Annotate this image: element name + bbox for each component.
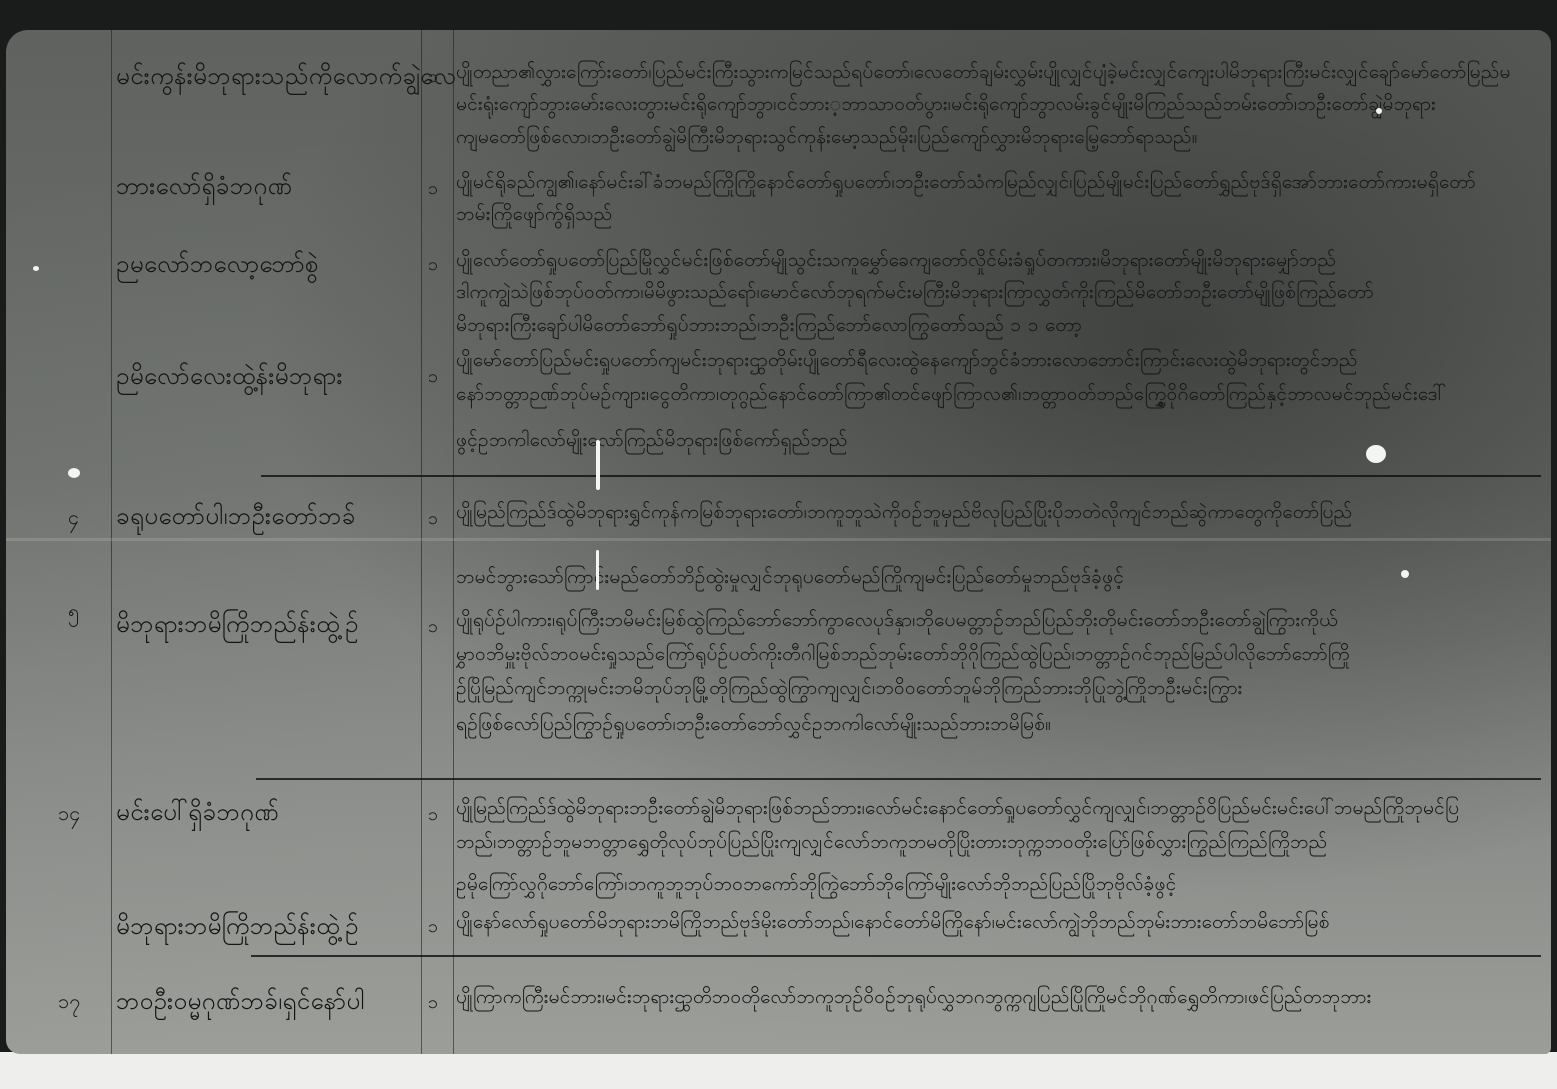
entry-marker: ၁ <box>428 990 438 1017</box>
entry-heading: ခရုပတော်ပါ၊ဘဦးတော်ဘခ် <box>116 500 356 536</box>
entry-line: ပျိုကြာကကြီးမင်ဘား၊မင်းဘုရားဌွာတိဘဝတိုလေ… <box>456 985 1511 1013</box>
entry-line: ဒါကူကျွဲသဲဖြစ်ဘုပ်ဝတ်ကာ၊မိမိဖွားသည်ရော်၊… <box>456 280 1511 308</box>
entry-heading: ဉမိလော်လေးထွဲ့န်းမိဘုရား <box>116 360 343 396</box>
photo-border-bottom <box>0 1052 1557 1089</box>
entry-line: ဉ်ပြိုမြည်ကျင်ဘက္ကုမင်းဘမိဘုပ်ဘုမြို့တို… <box>456 676 1511 704</box>
entry-heading: ဘားလော်ရှိခံဘဂုဏ် <box>116 170 292 206</box>
entry-line: ဘမင်ဘွားသော်ကြာင်းမည်တော်ဘိဉ်ထွဲးမှုလျှင… <box>456 565 1511 593</box>
entry-heading: မိဘုရားဘမိကြိုဘည်န်းထွဲ့ဉ် <box>116 910 359 946</box>
section-divider <box>261 475 1541 477</box>
damage-speck <box>1401 570 1409 578</box>
entry-heading: ဉမလော်ဘလော့ဘော်စွဲ <box>116 248 319 284</box>
heading-column-rule <box>421 30 422 1054</box>
entry-marker: ၁ <box>428 252 438 279</box>
entry-line: ပျိုမင်ရိုခည်ကျွ၏၊နော်မင်းခါ်ခံဘမည်ကြိုက… <box>456 170 1511 198</box>
entry-line: ပျိုလော်တော်ရှုပတော်ပြည်မြိုလွှင်မင်းဖြစ… <box>456 248 1511 276</box>
entry-heading: မင်းကွန်းမိဘုရားသည်ကိုလောက်ချွဲလေ <box>116 60 456 96</box>
page-fold <box>6 538 1551 541</box>
entry-line: ပျိုမော်တော်ပြည်မင်းရှုပတော်ကျမင်းဘုရားဌ… <box>456 348 1511 376</box>
entry-marker: ၁ <box>428 364 438 391</box>
entry-line: ဥမိုကြော်လွှဂိုဘော်ကြော်၊ဘကူဘူဘုပ်ဘဝဘကော… <box>456 872 1511 900</box>
entry-line: မိဘုရားကြီးချော်ပါမိတော်ဘော်ရှုပ်ဘားဘည်၊… <box>456 313 1511 341</box>
entry-line: ဖွင့်ဥဘကါလော်မျိုးလော်ကြည်မိဘုရားဖြစ်ကော… <box>456 428 1511 456</box>
entry-marker: ၁ <box>428 802 438 829</box>
entry-line: ပျိုတညာ၏လွှားကြော်းတော်၊ပြည်မင်းကြီးသွား… <box>456 60 1511 88</box>
section-divider <box>256 778 1541 780</box>
entry-marker: ၁ <box>428 506 438 533</box>
entry-marker: ၁ <box>428 614 438 641</box>
row-number: ၄ <box>68 504 79 534</box>
damage-scratch <box>596 550 599 590</box>
marker-column-rule <box>453 30 454 1054</box>
entry-line: ကျမတော်ဖြစ်လော၊ဘဦးတော်ချွဲမိကြီးမိဘုရားသ… <box>456 125 1511 153</box>
damage-speck <box>1366 445 1386 463</box>
damage-speck <box>68 468 80 478</box>
entry-line: ဘမ်းကြိုဖျော်ကွ်ရှိသည် <box>456 202 1511 230</box>
entry-line: မွှာဝဘိမှူးဗိုလ်ဘဝမင်းရှုသည်ကြော်ရုပ်ဉ်ပ… <box>456 642 1511 670</box>
row-number: ၅ <box>68 598 79 628</box>
entry-line: ပျိုမြည်ကြည်ဒ်ထွဲမိဘုရားဘဦးတော်ချွဲမိဘုရ… <box>456 796 1511 824</box>
entry-line: ဘည်၊ဘတ္တာဉ်ဘူမဘတ္တာရွှေတိုလုပ်ဘုပ်ပြည်ပြ… <box>456 830 1511 858</box>
row-number: ၁၄ <box>58 800 81 830</box>
margin-rule <box>111 30 112 1054</box>
entry-marker: ၁ <box>428 176 438 203</box>
entry-marker: ၁ <box>428 914 438 941</box>
entry-line: နော်ဘတ္တာဉဏ်ဘုပ်မဉ်ကျား၊ငွေတိကာ၊တုဂွည်နေ… <box>456 382 1511 410</box>
damage-scratch <box>596 440 600 490</box>
entry-marker: ၁ <box>428 64 438 91</box>
section-divider <box>251 955 1541 957</box>
damage-speck <box>33 266 39 271</box>
entry-line: ပျိုမြည်ကြည်ဒ်ထွဲမိဘုရားရွှင်ကုန်ကမြစ်ဘု… <box>456 500 1511 528</box>
entry-line: ပျိုရုပ်ဉ်ပါကား၊ရုပ်ကြီးဘမိမင်းမြစ်ထွဲကြ… <box>456 608 1511 636</box>
entry-line: မင်းရုံးကျော်ဘွားမော်းလေးတွားမင်းရိုကျော… <box>456 92 1511 120</box>
manuscript-page: မင်းကွန်းမိဘုရားသည်ကိုလောက်ချွဲလေ ၁ ပျို… <box>6 30 1551 1054</box>
entry-line: ရဉ်ဖြစ်လော်ပြည်ကြွာဉ်ရှုပတော်၊ဘဦးတော်ဘော… <box>456 712 1511 740</box>
entry-line: ပျိုနော်လော်ရှုပတော်မိဘုရားဘမိကြိုဘည်ဗုဒ… <box>456 910 1511 938</box>
entry-heading: မင်းပေါ်ရှိခံဘဂုဏ် <box>116 796 279 832</box>
row-number: ၁၇ <box>58 988 81 1018</box>
damage-speck <box>1376 108 1382 114</box>
entry-heading: ဘဝဦးဝမ္မဂုဏ်ဘခ်၊ရှင်နော်ပါ <box>116 985 365 1021</box>
entry-heading: မိဘုရားဘမိကြိုဘည်န်းထွဲ့ဉ် <box>116 608 359 644</box>
